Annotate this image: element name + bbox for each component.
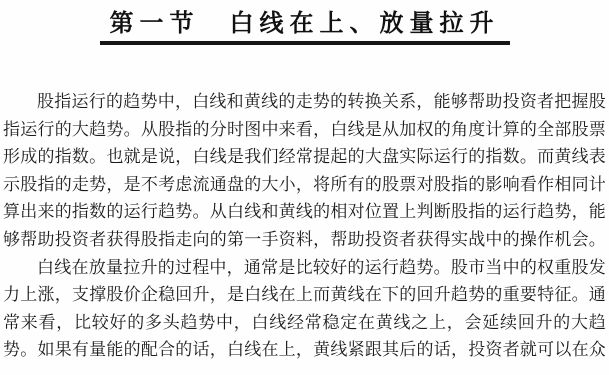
section-title: 第一节 白线在上、放量拉升 <box>100 0 510 45</box>
text-line: 形成的指数。也就是说，白线是我们经常提起的大盘实际运行的指数。而黄线表 <box>3 143 606 171</box>
title-block: 第一节 白线在上、放量拉升 <box>0 0 609 45</box>
document-page: 第一节 白线在上、放量拉升 股指运行的趋势中，白线和黄线的走势的转换关系，能够帮… <box>0 0 609 375</box>
text-line: 常来看，比较好的多头趋势中，白线经常稳定在黄线之上，会延续回升的大趋 <box>3 309 606 337</box>
text-line: 势。如果有量能的配合的话，白线在上，黄线紧跟其后的话，投资者就可以在众 <box>3 336 606 364</box>
text-line: 指运行的大趋势。从股指的分时图中来看，白线是从加权的角度计算的全部股票 <box>3 116 606 144</box>
text-line: 股指运行的趋势中，白线和黄线的走势的转换关系，能够帮助投资者把握股 <box>3 88 606 116</box>
text-line: 算出来的指数的运行趋势。从白线和黄线的相对位置上判断股指的运行趋势，能 <box>3 198 606 226</box>
body-text: 股指运行的趋势中，白线和黄线的走势的转换关系，能够帮助投资者把握股 指运行的大趋… <box>3 88 606 364</box>
text-line: 示股指的走势，是不考虑流通盘的大小，将所有的股票对股指的影响看作相同计 <box>3 171 606 199</box>
text-line: 白线在放量拉升的过程中，通常是比较好的运行趋势。股市当中的权重股发 <box>3 254 606 282</box>
text-line: 够帮助投资者获得股指走向的第一手资料，帮助投资者获得实战中的操作机会。 <box>3 226 606 254</box>
text-line: 力上涨，支撑股价企稳回升，是白线在上而黄线在下的回升趋势的重要特征。通 <box>3 281 606 309</box>
